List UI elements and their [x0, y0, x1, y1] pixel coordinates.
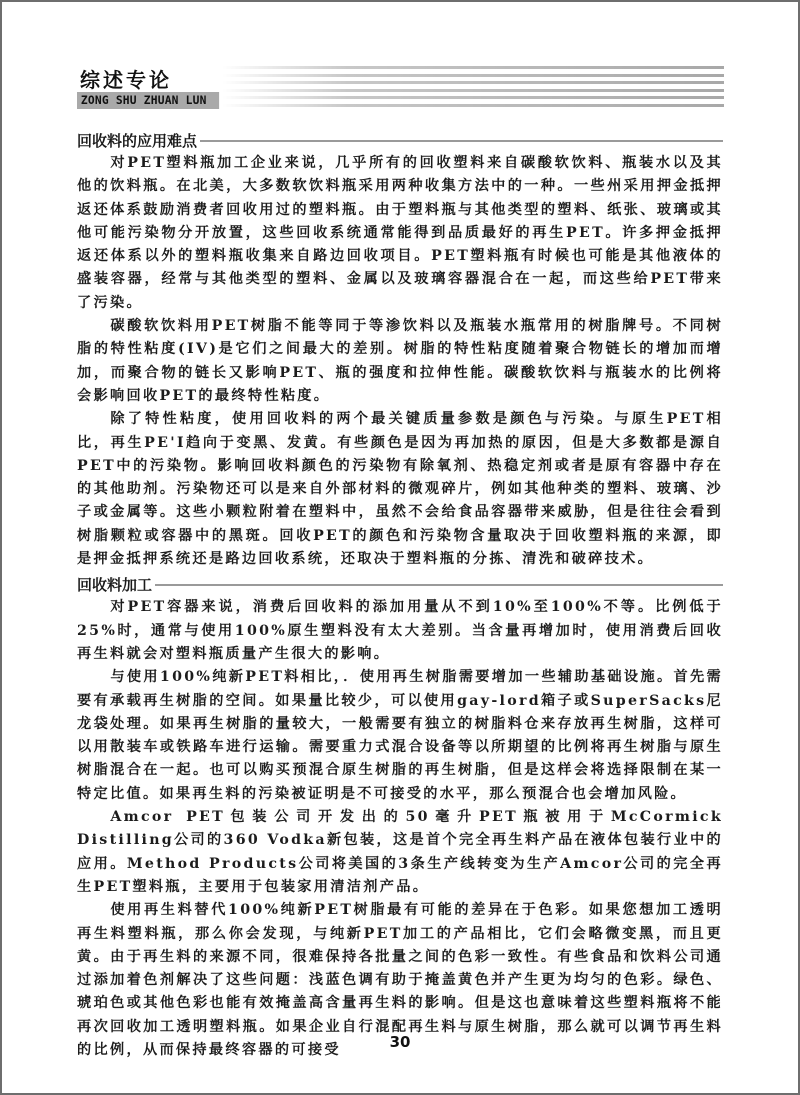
section-rule	[155, 584, 723, 586]
section-recycled-material-difficulties: 回收料的应用难点 对PET塑料瓶加工企业来说，几乎所有的回收塑料来自碳酸软饮料、…	[77, 131, 723, 571]
page-number: 30	[0, 1033, 800, 1051]
section-title: 回收料加工	[77, 574, 152, 595]
section-heading: 回收料加工	[77, 575, 723, 593]
paragraph: 与使用100%纯新PET料相比，．使用再生树脂需要增加一些辅助基础设施。首先需要…	[77, 666, 723, 806]
section-rule	[200, 140, 723, 142]
stripe	[222, 96, 724, 99]
section-title: 回收料的应用难点	[77, 130, 197, 151]
stripe	[222, 89, 724, 92]
stripe	[222, 66, 724, 69]
header-decorative-stripes	[222, 66, 724, 108]
section-recycled-material-processing: 回收料加工 对PET容器来说，消费后回收料的添加用量从不到10%至100%不等。…	[77, 575, 723, 1062]
stripe	[222, 74, 724, 77]
paragraph: Amcor PET包装公司开发出的50毫升PET瓶被用于McCormick Di…	[77, 806, 723, 899]
paragraph: 碳酸软饮料用PET树脂不能等同于等渗饮料以及瓶装水瓶常用的树脂牌号。不同树脂的特…	[77, 315, 723, 408]
paragraph: 对PET塑料瓶加工企业来说，几乎所有的回收塑料来自碳酸软饮料、瓶装水以及其他的饮…	[77, 152, 723, 315]
paragraph: 除了特性粘度，使用回收料的两个最关键质量参数是颜色与污染。与原生PET相比，再生…	[77, 408, 723, 571]
column-pinyin-label: ZONG SHU ZHUAN LUN	[77, 92, 219, 109]
stripe	[222, 104, 724, 107]
stripe	[222, 81, 724, 84]
paragraph: 对PET容器来说，消费后回收料的添加用量从不到10%至100%不等。比例低于25…	[77, 596, 723, 666]
section-heading: 回收料的应用难点	[77, 131, 723, 149]
article-body: 回收料的应用难点 对PET塑料瓶加工企业来说，几乎所有的回收塑料来自碳酸软饮料、…	[77, 131, 723, 1062]
column-title: 综述专论	[80, 64, 172, 93]
